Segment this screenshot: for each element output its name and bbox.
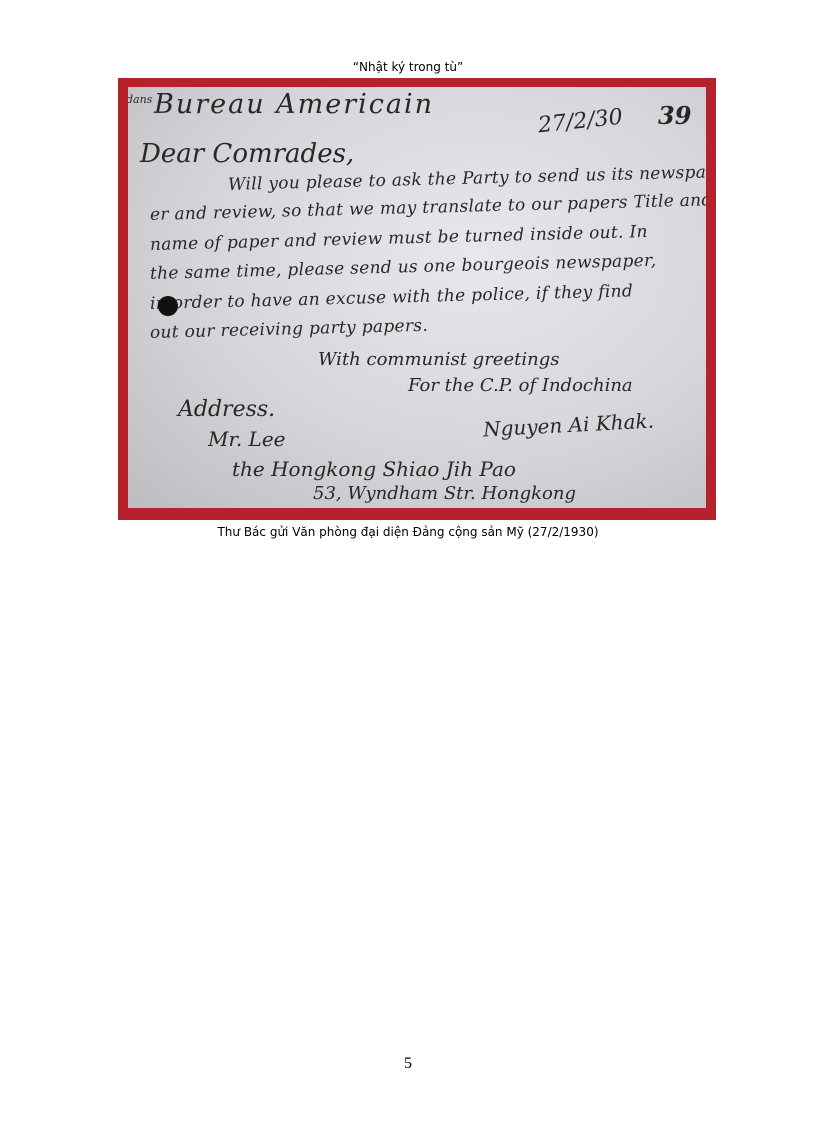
corner-mark: dans — [128, 93, 152, 106]
running-header: “Nhật ký trong tù” — [0, 60, 816, 74]
body-line-4: the same time, please send us one bourge… — [150, 251, 657, 284]
figure-caption: Thư Bác gửi Văn phòng đại diện Đảng cộng… — [0, 525, 816, 539]
sender-org: For the C.P. of Indochina — [408, 375, 633, 396]
address-line-3: 53, Wyndham Str. Hongkong — [313, 483, 576, 504]
page-number: 5 — [0, 1055, 816, 1073]
salutation: Dear Comrades, — [140, 139, 354, 169]
letter-paper: dans Bureau Americain 27/2/30 39 Dear Co… — [128, 87, 706, 508]
address-line-1: Mr. Lee — [208, 427, 286, 451]
body-line-5: in order to have an excuse with the poli… — [150, 281, 634, 314]
letter-heading: Bureau Americain — [154, 89, 434, 120]
closing: With communist greetings — [318, 349, 559, 370]
folio-number: 39 — [658, 101, 691, 130]
signature: Nguyen Ai Khak. — [482, 409, 654, 442]
address-label: Address. — [178, 397, 275, 422]
letter-photograph: dans Bureau Americain 27/2/30 39 Dear Co… — [118, 78, 716, 520]
address-line-2: the Hongkong Shiao Jih Pao — [232, 457, 516, 481]
ink-blot — [158, 296, 178, 316]
letter-date: 27/2/30 — [537, 105, 624, 139]
body-line-6: out our receiving party papers. — [150, 316, 429, 343]
body-line-3: name of paper and review must be turned … — [150, 222, 648, 255]
body-line-2: er and review, so that we may translate … — [150, 190, 706, 225]
